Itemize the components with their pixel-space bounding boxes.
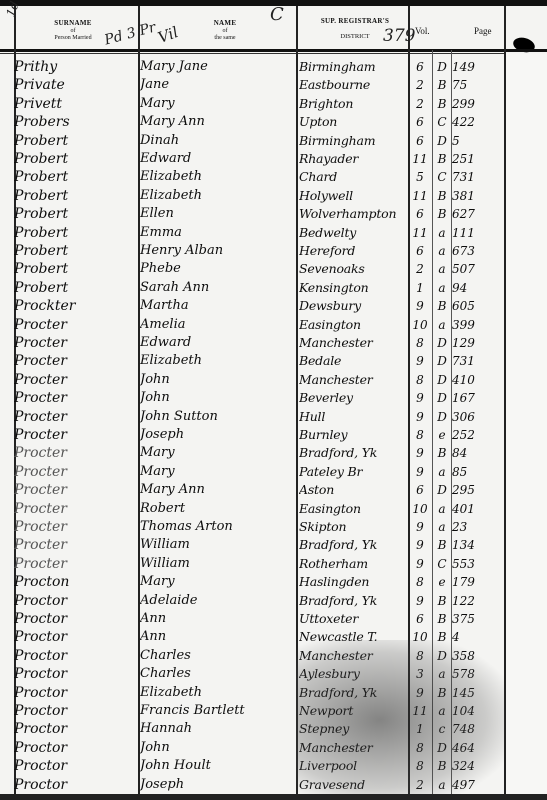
page-cell: 75 [452, 76, 488, 94]
table-row: ProbertElizabethHolywell11B381 [0, 187, 547, 205]
district-cell: Eastbourne [299, 76, 407, 94]
page-cell: 167 [452, 389, 488, 407]
page-cell: 179 [452, 573, 488, 591]
given-name-cell: Hannah [140, 720, 295, 738]
volume-cell: 1 [409, 720, 431, 738]
district-cell: Liverpool [299, 757, 407, 775]
volume-cell: 9 [409, 444, 431, 462]
surname-cell: Proctor [14, 702, 136, 720]
volume-letter-cell: B [433, 297, 451, 315]
district-cell: Manchester [299, 334, 407, 352]
district-cell: Kensington [299, 279, 407, 297]
district-cell: Newport [299, 702, 407, 720]
volume-letter-cell: D [433, 408, 451, 426]
surname-cell: Procter [14, 500, 136, 518]
volume-letter-cell: B [433, 757, 451, 775]
district-cell: Brighton [299, 95, 407, 113]
district-cell: Manchester [299, 647, 407, 665]
table-row: ProctorFrancis BartlettNewport11a104 [0, 702, 547, 720]
table-row: ProbertEmmaBedwelty11a111 [0, 224, 547, 242]
volume-cell: 6 [409, 242, 431, 260]
given-name-cell: Elizabeth [140, 187, 295, 205]
page-cell: 375 [452, 610, 488, 628]
volume-letter-cell: a [433, 260, 451, 278]
page-cell: 358 [452, 647, 488, 665]
page-cell: 748 [452, 720, 488, 738]
volume-letter-cell: D [433, 352, 451, 370]
volume-cell: 5 [409, 168, 431, 186]
given-name-cell: John [140, 371, 295, 389]
volume-letter-cell: a [433, 702, 451, 720]
given-name-cell: Joseph [140, 426, 295, 444]
surname-cell: Procter [14, 555, 136, 573]
volume-cell: 8 [409, 371, 431, 389]
table-row: ProctorJohn HoultLiverpool8B324 [0, 757, 547, 775]
surname-cell: Probert [14, 279, 136, 297]
volume-cell: 9 [409, 536, 431, 554]
page-cell: 605 [452, 297, 488, 315]
surname-cell: Proctor [14, 665, 136, 683]
surname-cell: Probert [14, 150, 136, 168]
table-row: ProcterMaryPateley Br9a85 [0, 463, 547, 481]
table-row: ProcterMary AnnAston6D295 [0, 481, 547, 499]
given-name-cell: William [140, 536, 295, 554]
volume-cell: 8 [409, 573, 431, 591]
name-annotation: Vil [156, 23, 181, 47]
volume-letter-cell: e [433, 426, 451, 444]
given-name-cell: Mary Ann [140, 481, 295, 499]
given-name-cell: Mary [140, 573, 295, 591]
volume-letter-cell: C [433, 168, 451, 186]
volume-letter-cell: D [433, 739, 451, 757]
given-name-cell: John [140, 739, 295, 757]
header-name: NAME of the same [195, 20, 255, 42]
page-cell: 731 [452, 352, 488, 370]
given-name-cell: Phebe [140, 260, 295, 278]
volume-cell: 9 [409, 555, 431, 573]
district-cell: Wolverhampton [299, 205, 407, 223]
given-name-cell: Mary Ann [140, 113, 295, 131]
table-row: ProcterJosephBurnley8e252 [0, 426, 547, 444]
district-cell: Beverley [299, 389, 407, 407]
volume-letter-cell: a [433, 776, 451, 794]
given-name-cell: Charles [140, 647, 295, 665]
given-name-cell: Robert [140, 500, 295, 518]
district-cell: Pateley Br [299, 463, 407, 481]
surname-cell: Probert [14, 187, 136, 205]
table-row: ProbertElizabethChard5C731 [0, 168, 547, 186]
volume-cell: 11 [409, 702, 431, 720]
surname-cell: Procter [14, 518, 136, 536]
page-cell: 324 [452, 757, 488, 775]
surname-cell: Proctor [14, 739, 136, 757]
page-cell: 85 [452, 463, 488, 481]
volume-letter-cell: a [433, 665, 451, 683]
given-name-cell: William [140, 555, 295, 573]
given-name-cell: Ellen [140, 205, 295, 223]
volume-cell: 9 [409, 297, 431, 315]
page-cell: 578 [452, 665, 488, 683]
volume-cell: 6 [409, 481, 431, 499]
table-row: ProcterThomas ArtonSkipton9a23 [0, 518, 547, 536]
volume-cell: 6 [409, 205, 431, 223]
volume-cell: 2 [409, 76, 431, 94]
surname-cell: Proctor [14, 776, 136, 794]
volume-letter-cell: a [433, 463, 451, 481]
page-cell: 111 [452, 224, 488, 242]
header-surname: SURNAME of Person Married [34, 20, 112, 42]
given-name-cell: Amelia [140, 316, 295, 334]
volume-letter-cell: B [433, 444, 451, 462]
table-row: ProcterElizabethBedale9D731 [0, 352, 547, 370]
volume-letter-cell: D [433, 334, 451, 352]
district-cell: Bedale [299, 352, 407, 370]
volume-cell: 6 [409, 132, 431, 150]
district-cell: Rotherham [299, 555, 407, 573]
volume-cell: 2 [409, 95, 431, 113]
page-cell: 5 [452, 132, 488, 150]
volume-letter-cell: a [433, 224, 451, 242]
given-name-cell: Henry Alban [140, 242, 295, 260]
district-cell: Aylesbury [299, 665, 407, 683]
district-cell: Dewsbury [299, 297, 407, 315]
table-row: ProctorAdelaideBradford, Yk9B122 [0, 592, 547, 610]
table-row: ProbertDinahBirmingham6D5 [0, 132, 547, 150]
table-row: ProctorElizabethBradford, Yk9B145 [0, 684, 547, 702]
page-cell: 422 [452, 113, 488, 131]
page-cell: 122 [452, 592, 488, 610]
given-name-cell: Edward [140, 334, 295, 352]
page-cell: 410 [452, 371, 488, 389]
surname-cell: Proctor [14, 720, 136, 738]
table-row: ProbertEdwardRhayader11B251 [0, 150, 547, 168]
page-cell: 251 [452, 150, 488, 168]
volume-letter-cell: B [433, 95, 451, 113]
given-name-cell: Mary [140, 95, 295, 113]
page-cell: 134 [452, 536, 488, 554]
surname-cell: Probert [14, 224, 136, 242]
volume-letter-cell: a [433, 242, 451, 260]
header-page: Page [474, 26, 492, 36]
volume-cell: 9 [409, 684, 431, 702]
volume-letter-cell: D [433, 481, 451, 499]
given-name-cell: Elizabeth [140, 168, 295, 186]
volume-letter-cell: D [433, 647, 451, 665]
page-cell: 299 [452, 95, 488, 113]
register-page: 1d SURNAME of Person Married Pd 3 Pr Vil… [0, 0, 547, 800]
volume-cell: 2 [409, 776, 431, 794]
table-row: ProbertEllenWolverhampton6B627 [0, 205, 547, 223]
table-row: ProcterWilliamRotherham9C553 [0, 555, 547, 573]
volume-cell: 3 [409, 665, 431, 683]
given-name-cell: Elizabeth [140, 352, 295, 370]
page-cell: 104 [452, 702, 488, 720]
volume-letter-cell: a [433, 500, 451, 518]
page-cell: 731 [452, 168, 488, 186]
surname-cell: Privett [14, 95, 136, 113]
page-cell: 4 [452, 628, 488, 646]
district-cell: Holywell [299, 187, 407, 205]
table-row: ProcterJohn SuttonHull9D306 [0, 408, 547, 426]
volume-cell: 9 [409, 518, 431, 536]
volume-cell: 2 [409, 260, 431, 278]
given-name-cell: Sarah Ann [140, 279, 295, 297]
table-row: ProcterEdwardManchester8D129 [0, 334, 547, 352]
district-cell: Bradford, Yk [299, 444, 407, 462]
table-row: PrivettMaryBrighton2B299 [0, 95, 547, 113]
surname-cell: Procter [14, 352, 136, 370]
volume-cell: 9 [409, 463, 431, 481]
table-row: ProctorHannahStepney1c748 [0, 720, 547, 738]
district-cell: Bedwelty [299, 224, 407, 242]
surname-cell: Procter [14, 371, 136, 389]
surname-cell: Probert [14, 132, 136, 150]
district-cell: Rhayader [299, 150, 407, 168]
table-row: ProcterRobertEasington10a401 [0, 500, 547, 518]
district-cell: Chard [299, 168, 407, 186]
surname-cell: Procter [14, 444, 136, 462]
volume-cell: 9 [409, 408, 431, 426]
given-name-cell: John Sutton [140, 408, 295, 426]
district-cell: Gravesend [299, 776, 407, 794]
given-name-cell: Ann [140, 610, 295, 628]
page-cell: 497 [452, 776, 488, 794]
district-cell: Stepney [299, 720, 407, 738]
volume-letter-cell: B [433, 205, 451, 223]
volume-letter-cell: C [433, 555, 451, 573]
volume-cell: 8 [409, 757, 431, 775]
table-row: ProbersMary AnnUpton6C422 [0, 113, 547, 131]
page-cell: 129 [452, 334, 488, 352]
surname-cell: Proctor [14, 592, 136, 610]
surname-cell: Probert [14, 260, 136, 278]
given-name-cell: Emma [140, 224, 295, 242]
page-cell: 673 [452, 242, 488, 260]
volume-cell: 8 [409, 334, 431, 352]
district-number: 379 [383, 26, 415, 46]
surname-cell: Prockter [14, 297, 136, 315]
header-vol: Vol. [415, 26, 430, 36]
volume-cell: 9 [409, 352, 431, 370]
page-cell: 507 [452, 260, 488, 278]
page-cell: 401 [452, 500, 488, 518]
page-cell: 399 [452, 316, 488, 334]
table-row: ProcterMaryBradford, Yk9B84 [0, 444, 547, 462]
district-cell: Haslingden [299, 573, 407, 591]
given-name-cell: Francis Bartlett [140, 702, 295, 720]
given-name-cell: Edward [140, 150, 295, 168]
volume-cell: 10 [409, 628, 431, 646]
volume-letter-cell: a [433, 279, 451, 297]
district-cell: Newcastle T. [299, 628, 407, 646]
volume-letter-cell: B [433, 610, 451, 628]
volume-letter-cell: a [433, 316, 451, 334]
volume-letter-cell: D [433, 58, 451, 76]
surname-cell: Proctor [14, 684, 136, 702]
surname-cell: Probers [14, 113, 136, 131]
table-row: ProbertHenry AlbanHereford6a673 [0, 242, 547, 260]
volume-letter-cell: D [433, 371, 451, 389]
volume-cell: 10 [409, 316, 431, 334]
volume-cell: 11 [409, 150, 431, 168]
given-name-cell: Charles [140, 665, 295, 683]
volume-cell: 8 [409, 739, 431, 757]
page-cell: 23 [452, 518, 488, 536]
volume-cell: 11 [409, 224, 431, 242]
surname-cell: Procter [14, 389, 136, 407]
given-name-cell: John [140, 389, 295, 407]
district-cell: Aston [299, 481, 407, 499]
volume-cell: 1 [409, 279, 431, 297]
volume-letter-cell: B [433, 684, 451, 702]
district-cell: Bradford, Yk [299, 536, 407, 554]
surname-cell: Proctor [14, 610, 136, 628]
page-cell: 627 [452, 205, 488, 223]
given-name-cell: Joseph [140, 776, 295, 794]
page-cell: 84 [452, 444, 488, 462]
table-row: ProcterAmeliaEasington10a399 [0, 316, 547, 334]
bottom-edge [0, 794, 547, 800]
table-row: ProctonMaryHaslingden8e179 [0, 573, 547, 591]
column-header: 1d SURNAME of Person Married Pd 3 Pr Vil… [0, 6, 547, 50]
volume-cell: 10 [409, 500, 431, 518]
surname-cell: Procter [14, 463, 136, 481]
surname-cell: Procter [14, 426, 136, 444]
given-name-cell: Mary [140, 463, 295, 481]
table-row: ProcterWilliamBradford, Yk9B134 [0, 536, 547, 554]
volume-letter-cell: B [433, 536, 451, 554]
table-row: ProctorJohnManchester8D464 [0, 739, 547, 757]
surname-cell: Procter [14, 316, 136, 334]
surname-cell: Proctor [14, 628, 136, 646]
volume-cell: 6 [409, 113, 431, 131]
table-row: ProctorCharlesManchester8D358 [0, 647, 547, 665]
table-row: ProctorCharlesAylesbury3a578 [0, 665, 547, 683]
district-cell: Uttoxeter [299, 610, 407, 628]
volume-cell: 6 [409, 58, 431, 76]
table-row: ProcterJohnBeverley9D167 [0, 389, 547, 407]
surname-cell: Private [14, 76, 136, 94]
given-name-cell: Mary [140, 444, 295, 462]
table-row: ProckterMarthaDewsbury9B605 [0, 297, 547, 315]
table-row: PrithyMary JaneBirmingham6D149 [0, 58, 547, 76]
given-name-cell: Thomas Arton [140, 518, 295, 536]
district-cell: Birmingham [299, 58, 407, 76]
surname-cell: Probert [14, 205, 136, 223]
given-name-cell: Elizabeth [140, 684, 295, 702]
page-cell: 381 [452, 187, 488, 205]
district-annotation: C [270, 4, 284, 25]
volume-cell: 6 [409, 610, 431, 628]
header-rule-thin [0, 53, 505, 54]
page-cell: 306 [452, 408, 488, 426]
district-cell: Bradford, Yk [299, 592, 407, 610]
volume-cell: 9 [409, 389, 431, 407]
given-name-cell: Dinah [140, 132, 295, 150]
given-name-cell: Mary Jane [140, 58, 295, 76]
surname-cell: Procter [14, 536, 136, 554]
table-row: ProbertSarah AnnKensington1a94 [0, 279, 547, 297]
table-row: ProbertPhebeSevenoaks2a507 [0, 260, 547, 278]
district-cell: Easington [299, 316, 407, 334]
volume-letter-cell: D [433, 389, 451, 407]
table-row: ProctorAnnNewcastle T.10B4 [0, 628, 547, 646]
district-cell: Easington [299, 500, 407, 518]
page-cell: 553 [452, 555, 488, 573]
page-cell: 94 [452, 279, 488, 297]
volume-letter-cell: B [433, 628, 451, 646]
volume-letter-cell: C [433, 113, 451, 131]
given-name-cell: Adelaide [140, 592, 295, 610]
district-cell: Manchester [299, 371, 407, 389]
district-cell: Bradford, Yk [299, 684, 407, 702]
volume-cell: 11 [409, 187, 431, 205]
table-row: PrivateJaneEastbourne2B75 [0, 76, 547, 94]
surname-cell: Procter [14, 334, 136, 352]
volume-cell: 9 [409, 592, 431, 610]
volume-letter-cell: B [433, 592, 451, 610]
surname-cell: Procter [14, 408, 136, 426]
district-cell: Hereford [299, 242, 407, 260]
volume-letter-cell: c [433, 720, 451, 738]
district-cell: Burnley [299, 426, 407, 444]
page-cell: 145 [452, 684, 488, 702]
given-name-cell: Ann [140, 628, 295, 646]
volume-cell: 8 [409, 426, 431, 444]
district-cell: Upton [299, 113, 407, 131]
surname-cell: Procter [14, 481, 136, 499]
district-cell: Birmingham [299, 132, 407, 150]
volume-letter-cell: e [433, 573, 451, 591]
volume-letter-cell: D [433, 132, 451, 150]
surname-cell: Proctor [14, 647, 136, 665]
volume-letter-cell: B [433, 76, 451, 94]
district-cell: Manchester [299, 739, 407, 757]
volume-letter-cell: a [433, 518, 451, 536]
surname-cell: Proctor [14, 757, 136, 775]
volume-letter-cell: B [433, 150, 451, 168]
page-cell: 464 [452, 739, 488, 757]
table-row: ProctorJosephGravesend2a497 [0, 776, 547, 794]
district-cell: Sevenoaks [299, 260, 407, 278]
volume-letter-cell: B [433, 187, 451, 205]
page-cell: 252 [452, 426, 488, 444]
table-row: ProcterJohnManchester8D410 [0, 371, 547, 389]
surname-cell: Procton [14, 573, 136, 591]
page-cell: 295 [452, 481, 488, 499]
surname-cell: Probert [14, 168, 136, 186]
district-cell: Skipton [299, 518, 407, 536]
given-name-cell: John Hoult [140, 757, 295, 775]
page-cell: 149 [452, 58, 488, 76]
surname-cell: Prithy [14, 58, 136, 76]
given-name-cell: Martha [140, 297, 295, 315]
given-name-cell: Jane [140, 76, 295, 94]
margin-annotation: 1d [3, 0, 21, 19]
table-row: ProctorAnnUttoxeter6B375 [0, 610, 547, 628]
district-cell: Hull [299, 408, 407, 426]
header-rule [0, 49, 547, 52]
surname-cell: Probert [14, 242, 136, 260]
volume-cell: 8 [409, 647, 431, 665]
